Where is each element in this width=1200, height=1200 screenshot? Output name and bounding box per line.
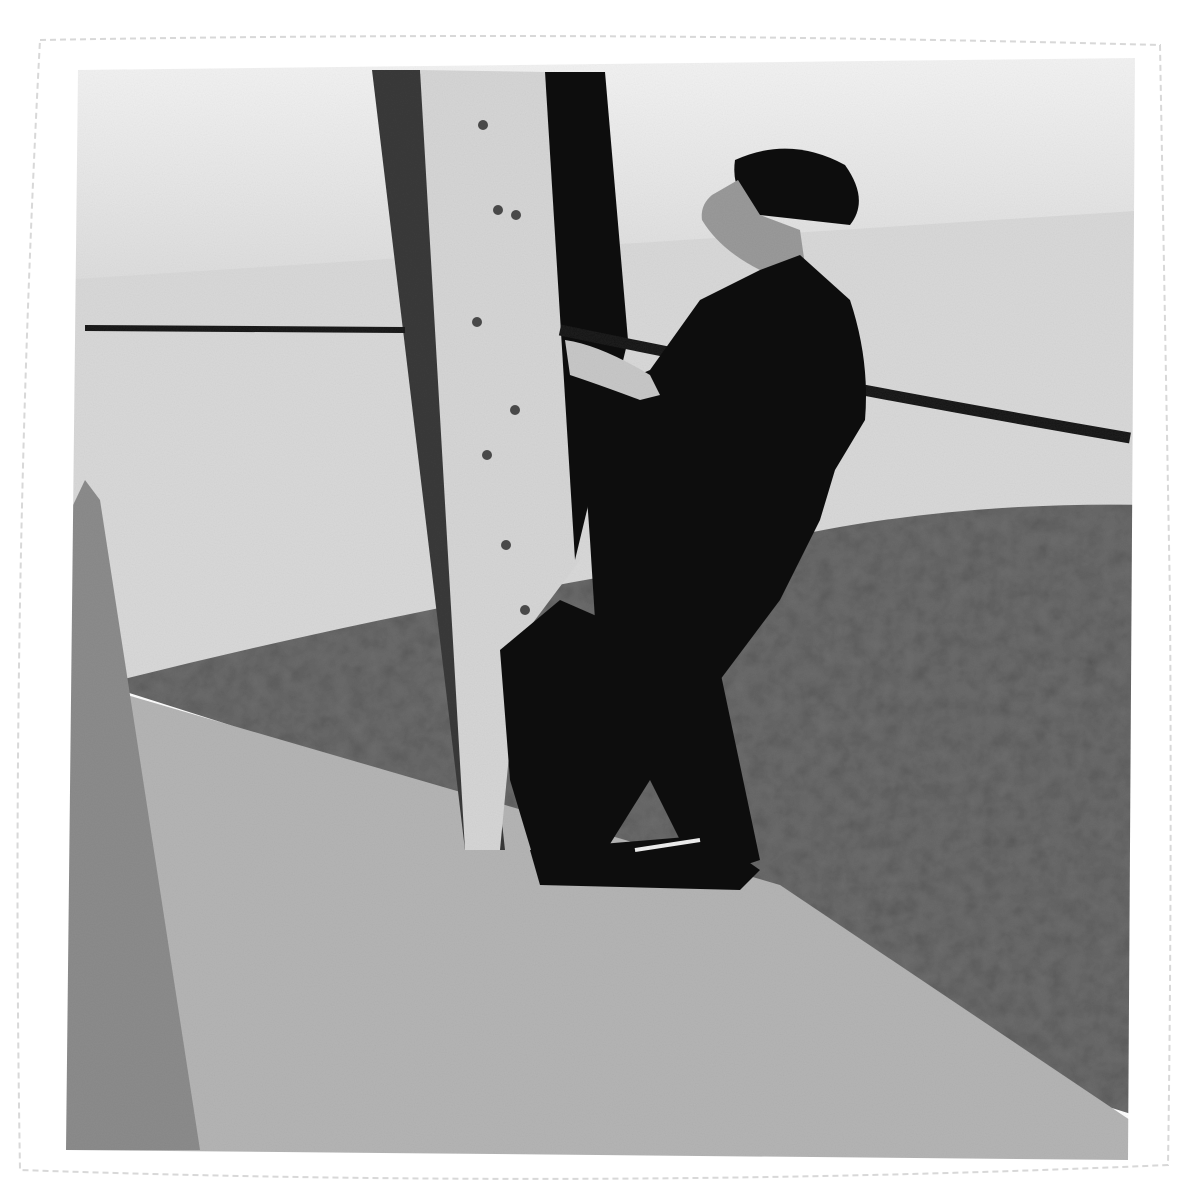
- photograph: [0, 0, 1200, 1200]
- cable-railing-left: [85, 328, 405, 330]
- photo-print: [0, 0, 1200, 1200]
